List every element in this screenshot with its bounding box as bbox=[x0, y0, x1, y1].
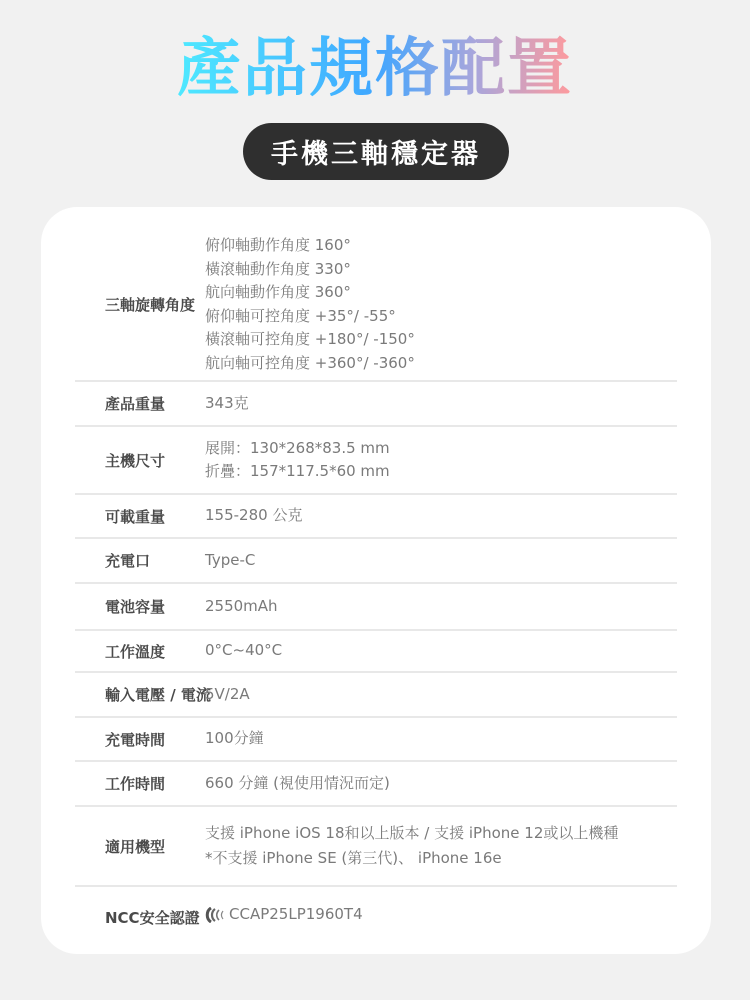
spec-card: 三軸旋轉角度 俯仰軸動作角度 160° 橫滾軸動作角度 330° 航向軸動作角度… bbox=[41, 207, 711, 954]
spec-value-line: 2550mAh bbox=[205, 595, 677, 619]
spec-row-working-time: 工作時間 660 分鐘 (視使用情況而定) bbox=[75, 762, 677, 807]
spec-label: 產品重量 bbox=[75, 393, 205, 414]
spec-value-line: 航向軸可控角度 +360°/ -360° bbox=[205, 352, 677, 376]
spec-value-line: 橫滾軸可控角度 +180°/ -150° bbox=[205, 328, 677, 352]
spec-row-charging-port: 充電口 Type-C bbox=[75, 539, 677, 584]
spec-value: 展開：130*268*83.5 mm 折疊：157*117.5*60 mm bbox=[205, 437, 677, 484]
spec-value: 2550mAh bbox=[205, 595, 677, 619]
spec-value: 155-280 公克 bbox=[205, 504, 677, 528]
spec-value-line: 0°C~40°C bbox=[205, 639, 677, 663]
spec-value-line: 660 分鐘 (視使用情況而定) bbox=[205, 772, 677, 796]
spec-value-line: 俯仰軸可控角度 +35°/ -55° bbox=[205, 305, 677, 329]
spec-value-line: 支援 iPhone iOS 18和以上版本 / 支援 iPhone 12或以上機… bbox=[205, 821, 677, 846]
spec-value-line: 折疊：157*117.5*60 mm bbox=[205, 460, 677, 484]
ncc-number: CCAP25LP1960T4 bbox=[229, 903, 363, 927]
spec-value: Type-C bbox=[205, 549, 677, 573]
spec-value-line: 343克 bbox=[205, 392, 677, 416]
spec-label: 主機尺寸 bbox=[75, 450, 205, 471]
spec-value: 343克 bbox=[205, 392, 677, 416]
spec-row-compatible-models: 適用機型 支援 iPhone iOS 18和以上版本 / 支援 iPhone 1… bbox=[75, 807, 677, 887]
spec-row-input-voltage: 輸入電壓 / 電流 5V/2A bbox=[75, 673, 677, 718]
spec-row-rotation-angle: 三軸旋轉角度 俯仰軸動作角度 160° 橫滾軸動作角度 330° 航向軸動作角度… bbox=[75, 229, 677, 382]
spec-value: 支援 iPhone iOS 18和以上版本 / 支援 iPhone 12或以上機… bbox=[205, 821, 677, 871]
ncc-certification: CCAP25LP1960T4 bbox=[205, 903, 363, 927]
spec-row-ncc-certification: NCC安全認證 CCAP25LP1960T4 bbox=[75, 887, 677, 947]
spec-value: 俯仰軸動作角度 160° 橫滾軸動作角度 330° 航向軸動作角度 360° 俯… bbox=[205, 234, 677, 375]
product-name-badge: 手機三軸穩定器 bbox=[243, 123, 509, 180]
spec-value-line: 航向軸動作角度 360° bbox=[205, 281, 677, 305]
spec-label: 輸入電壓 / 電流 bbox=[75, 684, 205, 705]
spec-value: 5V/2A bbox=[205, 683, 677, 707]
spec-value-line: *不支援 iPhone SE (第三代)、 iPhone 16e bbox=[205, 846, 677, 871]
spec-row-battery: 電池容量 2550mAh bbox=[75, 584, 677, 631]
page-title-text: 產品規格配置 bbox=[177, 32, 573, 106]
spec-value: 0°C~40°C bbox=[205, 639, 677, 663]
spec-label: 三軸旋轉角度 bbox=[75, 294, 205, 315]
spec-row-charging-time: 充電時間 100分鐘 bbox=[75, 718, 677, 762]
spec-row-weight: 產品重量 343克 bbox=[75, 382, 677, 427]
spec-value-line: 100分鐘 bbox=[205, 727, 677, 751]
spec-value-line: 5V/2A bbox=[205, 683, 677, 707]
spec-value-line: 155-280 公克 bbox=[205, 504, 677, 528]
spec-value-line: Type-C bbox=[205, 549, 677, 573]
spec-label: NCC安全認證 bbox=[75, 907, 205, 928]
spec-value: 660 分鐘 (視使用情況而定) bbox=[205, 772, 677, 796]
spec-value: CCAP25LP1960T4 bbox=[205, 903, 677, 930]
spec-value-line: 俯仰軸動作角度 160° bbox=[205, 234, 677, 258]
spec-value: 100分鐘 bbox=[205, 727, 677, 751]
ncc-logo-icon bbox=[205, 907, 225, 923]
spec-value-line: 橫滾軸動作角度 330° bbox=[205, 258, 677, 282]
spec-label: 電池容量 bbox=[75, 596, 205, 617]
spec-label: 可載重量 bbox=[75, 506, 205, 527]
spec-page: 產品規格配置 手機三軸穩定器 三軸旋轉角度 俯仰軸動作角度 160° 橫滾軸動作… bbox=[0, 0, 750, 1000]
spec-label: 充電時間 bbox=[75, 729, 205, 750]
spec-label: 工作溫度 bbox=[75, 641, 205, 662]
spec-label: 適用機型 bbox=[75, 836, 205, 857]
spec-row-dimensions: 主機尺寸 展開：130*268*83.5 mm 折疊：157*117.5*60 … bbox=[75, 427, 677, 495]
spec-row-temperature: 工作溫度 0°C~40°C bbox=[75, 631, 677, 673]
page-title: 產品規格配置 bbox=[0, 26, 750, 112]
product-name-text: 手機三軸穩定器 bbox=[271, 132, 481, 171]
spec-row-payload: 可載重量 155-280 公克 bbox=[75, 495, 677, 539]
spec-label: 充電口 bbox=[75, 550, 205, 571]
spec-label: 工作時間 bbox=[75, 773, 205, 794]
spec-value-line: 展開：130*268*83.5 mm bbox=[205, 437, 677, 461]
